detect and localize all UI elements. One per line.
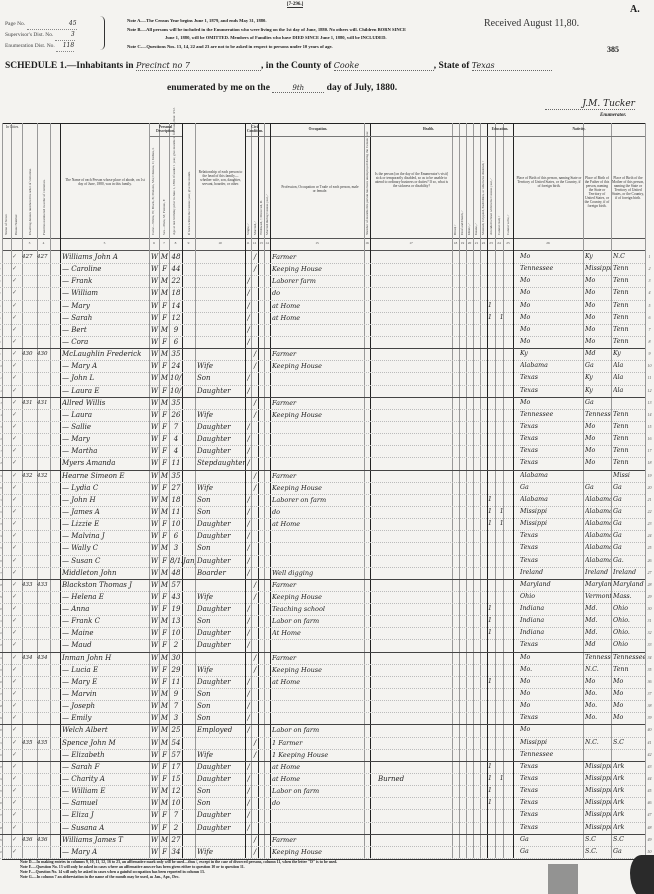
relationship-cell: Daughter	[197, 627, 245, 639]
row-number-left: 2	[0, 263, 2, 275]
education-marks-cell: 1 1	[488, 506, 512, 518]
relationship-cell: Wife	[197, 360, 245, 372]
education-marks-cell	[488, 421, 512, 433]
education-marks-cell: 1 1	[488, 312, 512, 324]
page-no-label: Page No.	[5, 21, 25, 27]
table-row: ✓— AnnaWF19Daughter/Teaching school1Indi…	[0, 603, 654, 615]
dwelling-cell	[22, 591, 37, 603]
education-marks-cell	[488, 409, 512, 421]
color-cell: W	[150, 639, 159, 651]
mother-birthplace-cell: Maryland	[613, 579, 645, 591]
education-marks-cell	[488, 700, 512, 712]
tick-cell: ✓	[12, 360, 22, 372]
sex-cell: M	[160, 652, 169, 664]
person-name-cell: — Elizabeth	[62, 749, 149, 761]
person-name-cell: — Mary A	[62, 360, 149, 372]
sex-cell: M	[160, 397, 169, 409]
married-cell: /	[252, 397, 258, 409]
row-number-left: 5	[0, 300, 2, 312]
table-row: ✓— FrankWM22/Laborer farmMoMoTenn33	[0, 275, 654, 287]
age-cell: 7	[170, 809, 182, 821]
tick-cell: ✓	[12, 251, 22, 263]
married-cell	[252, 603, 258, 615]
family-cell	[37, 797, 50, 809]
sex-cell: M	[160, 579, 169, 591]
occupation-cell	[272, 457, 364, 469]
education-marks-cell	[488, 457, 512, 469]
father-birthplace-cell: Missippi	[585, 785, 611, 797]
birthplace-cell: Alabama	[520, 360, 582, 372]
family-cell	[37, 421, 50, 433]
color-cell: W	[150, 688, 159, 700]
row-number-left: 15	[0, 421, 2, 433]
color-cell: W	[150, 433, 159, 445]
person-name-cell: — Samuel	[62, 797, 149, 809]
occupation-cell	[272, 822, 364, 834]
age-cell: 25	[170, 724, 182, 736]
single-cell	[246, 409, 251, 421]
tick-cell: ✓	[12, 542, 22, 554]
birthplace-cell: Texas	[520, 445, 582, 457]
birthplace-cell: Texas	[520, 421, 582, 433]
row-number: 25	[645, 542, 654, 554]
hdr-relationship: Relationship of each person to the head …	[198, 170, 243, 186]
sickness-cell	[378, 797, 448, 809]
married-cell: /	[252, 482, 258, 494]
month-born-cell	[183, 809, 195, 821]
dwelling-cell: 434	[22, 652, 37, 664]
relationship-cell	[197, 287, 245, 299]
sex-cell: M	[160, 494, 169, 506]
row-number: 10	[645, 360, 654, 372]
birthplace-cell: Mo	[520, 275, 582, 287]
color-cell: W	[150, 737, 159, 749]
sickness-cell	[378, 749, 448, 761]
form-code: [7-296.]	[287, 2, 303, 8]
color-cell: W	[150, 591, 159, 603]
relationship-cell: Daughter	[197, 445, 245, 457]
married-cell	[252, 639, 258, 651]
age-cell: 24	[170, 360, 182, 372]
month-born-cell	[183, 567, 195, 579]
relationship-cell: Wife	[197, 409, 245, 421]
dwelling-cell	[22, 797, 37, 809]
tick-cell: ✓	[12, 555, 22, 567]
person-name-cell: — Lydia C	[62, 482, 149, 494]
dwelling-cell: 433	[22, 579, 37, 591]
education-marks-cell: 1	[488, 676, 512, 688]
hdr-single: Single, /	[246, 212, 250, 235]
tick-cell: ✓	[12, 482, 22, 494]
person-name-cell: — Eliza J	[62, 809, 149, 821]
person-name-cell: — Sarah	[62, 312, 149, 324]
tick-cell: ✓	[12, 530, 22, 542]
hdr-civil: Civil Condition.	[246, 125, 264, 133]
enumerator-signature: J.M. Tucker	[545, 99, 635, 110]
tick-cell: ✓	[12, 627, 22, 639]
hdr-mother-birthplace: Place of Birth of the Mother of this per…	[612, 176, 644, 200]
education-marks-cell	[488, 336, 512, 348]
hdr-education-group: Education.	[488, 127, 512, 131]
color-cell: W	[150, 724, 159, 736]
single-cell: /	[246, 275, 251, 287]
mother-birthplace-cell: Tenn	[613, 275, 645, 287]
month-born-cell	[183, 397, 195, 409]
table-row: ✓430430McLaughlin FrederickWM35/FarmerKy…	[0, 348, 654, 360]
father-birthplace-cell: Ireland	[585, 567, 611, 579]
family-cell	[37, 749, 50, 761]
colnum-21: 23	[487, 241, 495, 245]
birthplace-cell: Texas	[520, 822, 582, 834]
color-cell: W	[150, 421, 159, 433]
married-cell	[252, 567, 258, 579]
mother-birthplace-cell: Ark	[613, 785, 645, 797]
occupation-cell: at Home	[272, 676, 364, 688]
family-cell	[37, 603, 50, 615]
dwelling-cell	[22, 822, 37, 834]
tick-cell: ✓	[12, 688, 22, 700]
family-cell	[37, 724, 50, 736]
hdr-blind: Blind, /	[453, 215, 457, 235]
sex-cell: F	[160, 530, 169, 542]
person-name-cell: — Mary A	[62, 846, 149, 858]
education-marks-cell: 1	[488, 603, 512, 615]
sex-cell: F	[160, 773, 169, 785]
row-number: 49	[645, 834, 654, 846]
family-cell: 436	[37, 834, 50, 846]
family-cell	[37, 336, 50, 348]
person-name-cell: — Bert	[62, 324, 149, 336]
dwelling-cell	[22, 275, 37, 287]
birthplace-cell: Mo	[520, 251, 582, 263]
dwelling-cell	[22, 785, 37, 797]
birthplace-cell: Texas	[520, 457, 582, 469]
age-cell: 43	[170, 591, 182, 603]
dwelling-cell	[22, 688, 37, 700]
family-cell	[37, 324, 50, 336]
county-value: Cooke	[334, 61, 434, 71]
month-born-cell	[183, 724, 195, 736]
relationship-cell: Daughter	[197, 761, 245, 773]
birthplace-cell: Alabama	[520, 494, 582, 506]
family-cell	[37, 615, 50, 627]
married-cell	[252, 761, 258, 773]
row-number: 38	[645, 700, 654, 712]
age-cell: 2	[170, 639, 182, 651]
relationship-cell	[197, 312, 245, 324]
person-name-cell: Williams John A	[62, 251, 149, 263]
color-cell: W	[150, 287, 159, 299]
month-born-cell	[183, 615, 195, 627]
tick-cell: ✓	[12, 324, 22, 336]
education-marks-cell	[488, 348, 512, 360]
relationship-cell: Son	[197, 700, 245, 712]
single-cell	[246, 834, 251, 846]
education-marks-cell	[488, 263, 512, 275]
row-number-left: 50	[0, 846, 2, 858]
education-marks-cell	[488, 822, 512, 834]
sex-cell: M	[160, 251, 169, 263]
relationship-cell: Wife	[197, 664, 245, 676]
married-cell: /	[252, 591, 258, 603]
sickness-cell	[378, 555, 448, 567]
birthplace-cell: Mo	[520, 397, 582, 409]
sickness-cell	[378, 530, 448, 542]
row-number: 31	[645, 615, 654, 627]
mother-birthplace-cell	[613, 749, 645, 761]
sickness-cell	[378, 421, 448, 433]
dwelling-cell	[22, 360, 37, 372]
row-number-left: 10	[0, 360, 2, 372]
age-cell: 57	[170, 579, 182, 591]
person-name-cell: Hearne Simeon E	[62, 470, 149, 482]
relationship-cell	[197, 251, 245, 263]
table-row: ✓— Wally CWM3Son/TexasAlabamaGa2525	[0, 542, 654, 554]
single-cell	[246, 360, 251, 372]
dwelling-cell	[22, 287, 37, 299]
sex-cell: F	[160, 336, 169, 348]
hdr-birthplace: Place of Birth of this person, naming St…	[516, 176, 582, 188]
family-cell	[37, 712, 50, 724]
table-row: ✓— John LWM10/12Son/TexasKyAla1111	[0, 372, 654, 384]
row-number-left: 40	[0, 724, 2, 736]
sex-cell: F	[160, 749, 169, 761]
colnum-7: 9	[182, 241, 195, 245]
colnum-17: 19	[459, 241, 466, 245]
month-born-cell	[183, 712, 195, 724]
sickness-cell	[378, 809, 448, 821]
row-number-left: 25	[0, 542, 2, 554]
relationship-cell: Daughter	[197, 385, 245, 397]
father-birthplace-cell	[585, 724, 611, 736]
row-number: 8	[645, 336, 654, 348]
sex-cell: F	[160, 809, 169, 821]
mother-birthplace-cell: Ark	[613, 809, 645, 821]
father-birthplace-cell: Missippi	[585, 761, 611, 773]
sex-cell: F	[160, 445, 169, 457]
occupation-cell: Keeping House	[272, 360, 364, 372]
relationship-cell: Employed	[197, 724, 245, 736]
single-cell: /	[246, 445, 251, 457]
age-cell: 10/12	[170, 385, 182, 397]
family-cell	[37, 664, 50, 676]
dwelling-cell	[22, 809, 37, 821]
row-number-left: 9	[0, 348, 2, 360]
table-row: ✓— Susana AWF2Daughter/TexasMissippiArk4…	[0, 822, 654, 834]
sickness-cell	[378, 822, 448, 834]
birthplace-cell: Texas	[520, 761, 582, 773]
married-cell: /	[252, 263, 258, 275]
table-row: ✓— SarahWF12/at Home1 1MoMoTenn66	[0, 312, 654, 324]
row-number: 7	[645, 324, 654, 336]
color-cell: W	[150, 385, 159, 397]
birthplace-cell: Ga	[520, 834, 582, 846]
education-marks-cell	[488, 834, 512, 846]
occupation-cell	[272, 385, 364, 397]
birthplace-cell: Missippi	[520, 506, 582, 518]
month-born-cell	[183, 603, 195, 615]
table-row: ✓— Mary EWF11Daughter/at Home1MoMoMo3636	[0, 676, 654, 688]
dwelling-cell	[22, 700, 37, 712]
mother-birthplace-cell: Tenn	[613, 421, 645, 433]
tick-cell: ✓	[12, 445, 22, 457]
relationship-cell: Stepdaughter	[197, 457, 245, 469]
dwelling-cell	[22, 712, 37, 724]
hdr-widowed: Widowed, /; Divorced, D.	[259, 190, 263, 235]
tick-cell: ✓	[12, 457, 22, 469]
family-cell	[37, 542, 50, 554]
mother-birthplace-cell: N.C	[613, 251, 645, 263]
place-value: Precinct no 7	[136, 61, 261, 71]
hdr-maimed: Maimed, Crippled, Bedridden, or otherwis…	[481, 140, 485, 235]
education-marks-cell	[488, 542, 512, 554]
relationship-cell	[197, 336, 245, 348]
row-number-left: 33	[0, 639, 2, 651]
color-cell: W	[150, 615, 159, 627]
row-number-left: 36	[0, 676, 2, 688]
married-cell	[252, 542, 258, 554]
color-cell: W	[150, 312, 159, 324]
single-cell: /	[246, 603, 251, 615]
family-cell: 432	[37, 470, 50, 482]
sex-cell: M	[160, 834, 169, 846]
row-number: 3	[645, 275, 654, 287]
color-cell: W	[150, 251, 159, 263]
color-cell: W	[150, 834, 159, 846]
row-number: 33	[645, 639, 654, 651]
mother-birthplace-cell: Tenn	[613, 287, 645, 299]
relationship-cell: Daughter	[197, 822, 245, 834]
mother-birthplace-cell: S.C	[613, 834, 645, 846]
note-g: Note G.—In column 7 an abbreviation in t…	[20, 875, 337, 880]
single-cell: /	[246, 336, 251, 348]
age-cell: 29	[170, 664, 182, 676]
dwelling-cell	[22, 372, 37, 384]
month-born-cell	[183, 385, 195, 397]
occupation-cell: Labor on farm	[272, 615, 364, 627]
row-number-left: 11	[0, 372, 2, 384]
mother-birthplace-cell: Ga	[613, 542, 645, 554]
sex-cell: M	[160, 737, 169, 749]
education-marks-cell: 1	[488, 615, 512, 627]
month-born-cell	[183, 312, 195, 324]
married-cell: /	[252, 834, 258, 846]
colnum-19: 21	[473, 241, 480, 245]
person-name-cell: — Joseph	[62, 700, 149, 712]
mother-birthplace-cell: Mo	[613, 700, 645, 712]
row-number-left: 39	[0, 712, 2, 724]
sickness-cell	[378, 494, 448, 506]
table-row: ✓— Charity AWF15Daughter/at HomeBurned1 …	[0, 773, 654, 785]
family-cell	[37, 312, 50, 324]
occupation-cell	[272, 809, 364, 821]
occupation-cell	[272, 688, 364, 700]
color-cell: W	[150, 494, 159, 506]
father-birthplace-cell: Missippi	[585, 809, 611, 821]
note-b1: Note B.—All persons will be included in …	[127, 27, 406, 32]
row-number-left: 35	[0, 664, 2, 676]
month-born-cell	[183, 737, 195, 749]
note-c: Note C.—Questions Nos. 13, 14, 22 and 23…	[127, 44, 333, 49]
age-cell: 27	[170, 482, 182, 494]
color-cell: W	[150, 785, 159, 797]
person-name-cell: — John L	[62, 372, 149, 384]
single-cell: /	[246, 312, 251, 324]
row-number-left: 17	[0, 445, 2, 457]
sickness-cell	[378, 737, 448, 749]
sex-cell: M	[160, 506, 169, 518]
person-name-cell: Allred Willis	[62, 397, 149, 409]
age-cell: 8/12	[170, 555, 182, 567]
education-marks-cell	[488, 360, 512, 372]
table-row: ✓— MarthaWF4Daughter/TexasMoTenn1717	[0, 445, 654, 457]
table-row: ✓433433Blackston Thomas JWM57/FarmerMary…	[0, 579, 654, 591]
hdr-attended-school: Attended school within the Census year, …	[489, 145, 493, 235]
corner-letter: A.	[630, 4, 640, 15]
mother-birthplace-cell: Tenn	[613, 409, 645, 421]
table-row: ✓— MarvinWM9Son/MoMo.Mo3737	[0, 688, 654, 700]
birthplace-cell: Texas	[520, 785, 582, 797]
father-birthplace-cell: Ga	[585, 360, 611, 372]
person-name-cell: — Mary E	[62, 676, 149, 688]
sickness-cell	[378, 724, 448, 736]
sickness-cell	[378, 639, 448, 651]
father-birthplace-cell: Mo.	[585, 688, 611, 700]
color-cell: W	[150, 797, 159, 809]
table-row: ✓— EmilyWM3Son/TexasMo.Mo3939	[0, 712, 654, 724]
birthplace-cell: Texas	[520, 372, 582, 384]
colnum-23: 25	[503, 241, 513, 245]
sickness-cell	[378, 615, 448, 627]
row-number: 6	[645, 312, 654, 324]
father-birthplace-cell: Mo	[585, 300, 611, 312]
family-cell	[37, 846, 50, 858]
occupation-cell: do	[272, 287, 364, 299]
tick-cell: ✓	[12, 652, 22, 664]
sickness-cell	[378, 700, 448, 712]
person-name-cell: — James A	[62, 506, 149, 518]
color-cell: W	[150, 397, 159, 409]
table-row: ✓— Laura EWF10/12Daughter/TexasKyAla1212	[0, 385, 654, 397]
family-cell	[37, 457, 50, 469]
sickness-cell	[378, 761, 448, 773]
relationship-cell	[197, 579, 245, 591]
month-born-cell	[183, 372, 195, 384]
occupation-cell: at Home	[272, 312, 364, 324]
age-cell: 10	[170, 627, 182, 639]
father-birthplace-cell: Alabama	[585, 542, 611, 554]
occupation-cell	[272, 421, 364, 433]
color-cell: W	[150, 664, 159, 676]
table-row: ✓— SamuelWM10Son/do1TexasMissippiArk4646	[0, 797, 654, 809]
schedule-title: SCHEDULE 1.—Inhabitants in	[5, 61, 134, 71]
person-name-cell: — Maine	[62, 627, 149, 639]
row-number-left: 19	[0, 470, 2, 482]
sex-cell: F	[160, 385, 169, 397]
hdr-insane: Insane, /	[474, 215, 478, 235]
birthplace-cell: Ky	[520, 348, 582, 360]
sex-cell: F	[160, 433, 169, 445]
relationship-cell: Daughter	[197, 421, 245, 433]
education-marks-cell: 1 1	[488, 518, 512, 530]
sex-cell: M	[160, 797, 169, 809]
father-birthplace-cell: Ky	[585, 251, 611, 263]
day-value: 9th	[272, 84, 324, 93]
color-cell: W	[150, 470, 159, 482]
row-number: 12	[645, 385, 654, 397]
row-number: 45	[645, 785, 654, 797]
dwelling-cell	[22, 312, 37, 324]
